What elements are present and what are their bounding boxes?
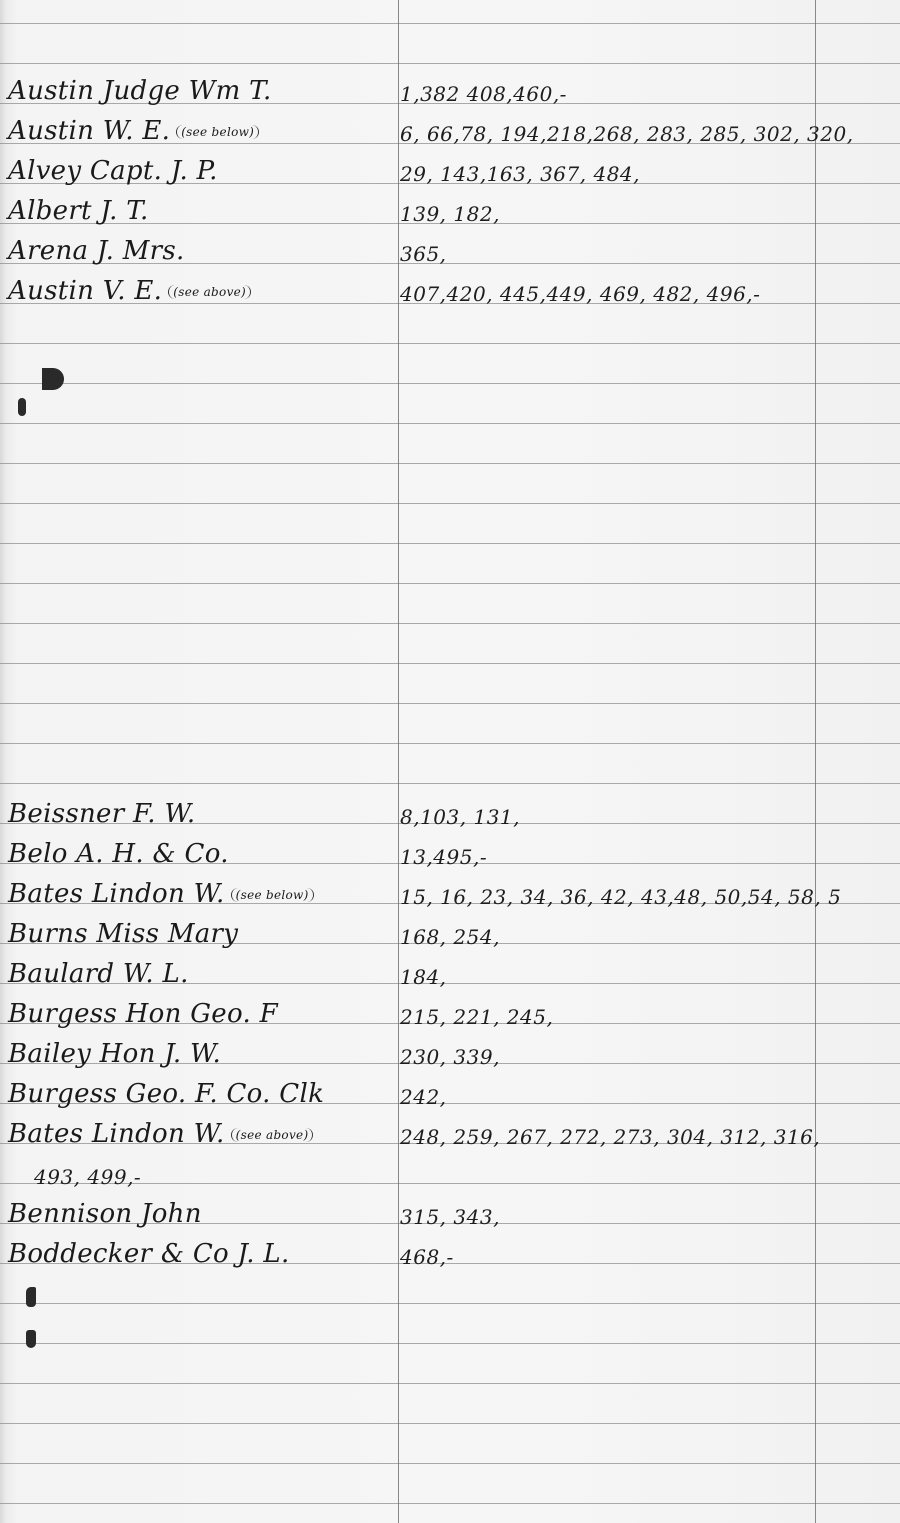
entry-name: Alvey Capt. J. P. (8, 156, 398, 186)
entry-pages: 248, 259, 267, 272, 273, 304, 312, 316, (400, 1125, 820, 1149)
entry-name: Albert J. T. (8, 196, 398, 226)
ink-tab-mark (26, 1287, 36, 1307)
index-entry: Alvey Capt. J. P. 29, 143,163, 367, 484, (0, 152, 900, 192)
entry-name: Burgess Hon Geo. F (8, 999, 398, 1029)
ruled-line (0, 383, 900, 384)
entry-name: Bates Lindon W.(see above) (8, 1119, 398, 1149)
entry-pages: 29, 143,163, 367, 484, (400, 162, 640, 186)
ruled-line (0, 623, 900, 624)
entry-name: Austin W. E.(see below) (8, 116, 398, 146)
index-entry: Arena J. Mrs. 365, (0, 232, 900, 272)
ruled-line (0, 1503, 900, 1504)
entry-name: Baulard W. L. (8, 959, 398, 989)
ruled-line (0, 543, 900, 544)
ruled-line (0, 703, 900, 704)
entry-pages: 184, (400, 965, 447, 989)
ruled-line (0, 1463, 900, 1464)
entry-name: Bailey Hon J. W. (8, 1039, 398, 1069)
index-entry: Bailey Hon J. W. 230, 339, (0, 1035, 900, 1075)
entry-pages: 15, 16, 23, 34, 36, 42, 43,48, 50,54, 58… (400, 885, 841, 909)
entry-pages: 8,103, 131, (400, 805, 520, 829)
entry-pages: 13,495,- (400, 845, 487, 869)
ruled-line (0, 1423, 900, 1424)
ruled-line (0, 1303, 900, 1304)
entry-name: Beissner F. W. (8, 799, 398, 829)
entry-pages: 168, 254, (400, 925, 500, 949)
ink-tab-mark (18, 398, 26, 416)
index-entry: Baulard W. L. 184, (0, 955, 900, 995)
index-entry: Beissner F. W. 8,103, 131, (0, 795, 900, 835)
ink-tab-mark (26, 1330, 36, 1348)
entry-name: Bates Lindon W.(see below) (8, 879, 398, 909)
index-entry: Belo A. H. & Co. 13,495,- (0, 835, 900, 875)
entry-name: Arena J. Mrs. (8, 236, 398, 266)
entry-pages: 230, 339, (400, 1045, 500, 1069)
ruled-line (0, 63, 900, 64)
ruled-line (0, 1383, 900, 1384)
ruled-line (0, 743, 900, 744)
cross-reference-note: (see above) (231, 1128, 314, 1142)
entry-name: Bennison John (8, 1199, 398, 1229)
entry-pages: 493, 499,- (34, 1165, 141, 1189)
index-entry: Austin Judge Wm T. 1,382 408,460,- (0, 72, 900, 112)
index-entry-continuation: 493, 499,- (0, 1155, 900, 1195)
cross-reference-note: (see above) (168, 285, 251, 299)
entry-name: Austin Judge Wm T. (8, 76, 398, 106)
entry-pages: 215, 221, 245, (400, 1005, 553, 1029)
entry-name: Burgess Geo. F. Co. Clk (8, 1079, 398, 1109)
index-entry: Bates Lindon W.(see below) 15, 16, 23, 3… (0, 875, 900, 915)
entry-name: Burns Miss Mary (8, 919, 398, 949)
index-entry: Burns Miss Mary 168, 254, (0, 915, 900, 955)
ledger-page: Austin Judge Wm T. 1,382 408,460,- Austi… (0, 0, 900, 1523)
entry-pages: 407,420, 445,449, 469, 482, 496,- (400, 282, 760, 306)
ruled-line (0, 423, 900, 424)
index-entry: Albert J. T. 139, 182, (0, 192, 900, 232)
entry-pages: 6, 66,78, 194,218,268, 283, 285, 302, 32… (400, 122, 854, 146)
entry-pages: 242, (400, 1085, 447, 1109)
index-entry: Bennison John 315, 343, (0, 1195, 900, 1235)
index-entry: Burgess Hon Geo. F 215, 221, 245, (0, 995, 900, 1035)
ruled-line (0, 463, 900, 464)
ink-tab-mark (42, 368, 64, 390)
index-entry: Austin V. E.(see above) 407,420, 445,449… (0, 272, 900, 312)
index-entry: Austin W. E.(see below) 6, 66,78, 194,21… (0, 112, 900, 152)
cross-reference-note: (see below) (231, 888, 314, 902)
index-entry: Bates Lindon W.(see above) 248, 259, 267… (0, 1115, 900, 1155)
index-entry: Burgess Geo. F. Co. Clk 242, (0, 1075, 900, 1115)
cross-reference-note: (see below) (176, 125, 259, 139)
entry-pages: 315, 343, (400, 1205, 500, 1229)
ruled-line (0, 503, 900, 504)
ruled-line (0, 1343, 900, 1344)
entry-name: Belo A. H. & Co. (8, 839, 398, 869)
entry-name: Boddecker & Co J. L. (8, 1239, 398, 1269)
entry-name: Austin V. E.(see above) (8, 276, 398, 306)
entry-pages: 1,382 408,460,- (400, 82, 567, 106)
ruled-line (0, 23, 900, 24)
index-entry: Boddecker & Co J. L. 468,- (0, 1235, 900, 1275)
entry-pages: 468,- (400, 1245, 454, 1269)
entry-pages: 139, 182, (400, 202, 500, 226)
ruled-line (0, 663, 900, 664)
entry-pages: 365, (400, 242, 447, 266)
ruled-line (0, 583, 900, 584)
ruled-line (0, 343, 900, 344)
ruled-line (0, 783, 900, 784)
